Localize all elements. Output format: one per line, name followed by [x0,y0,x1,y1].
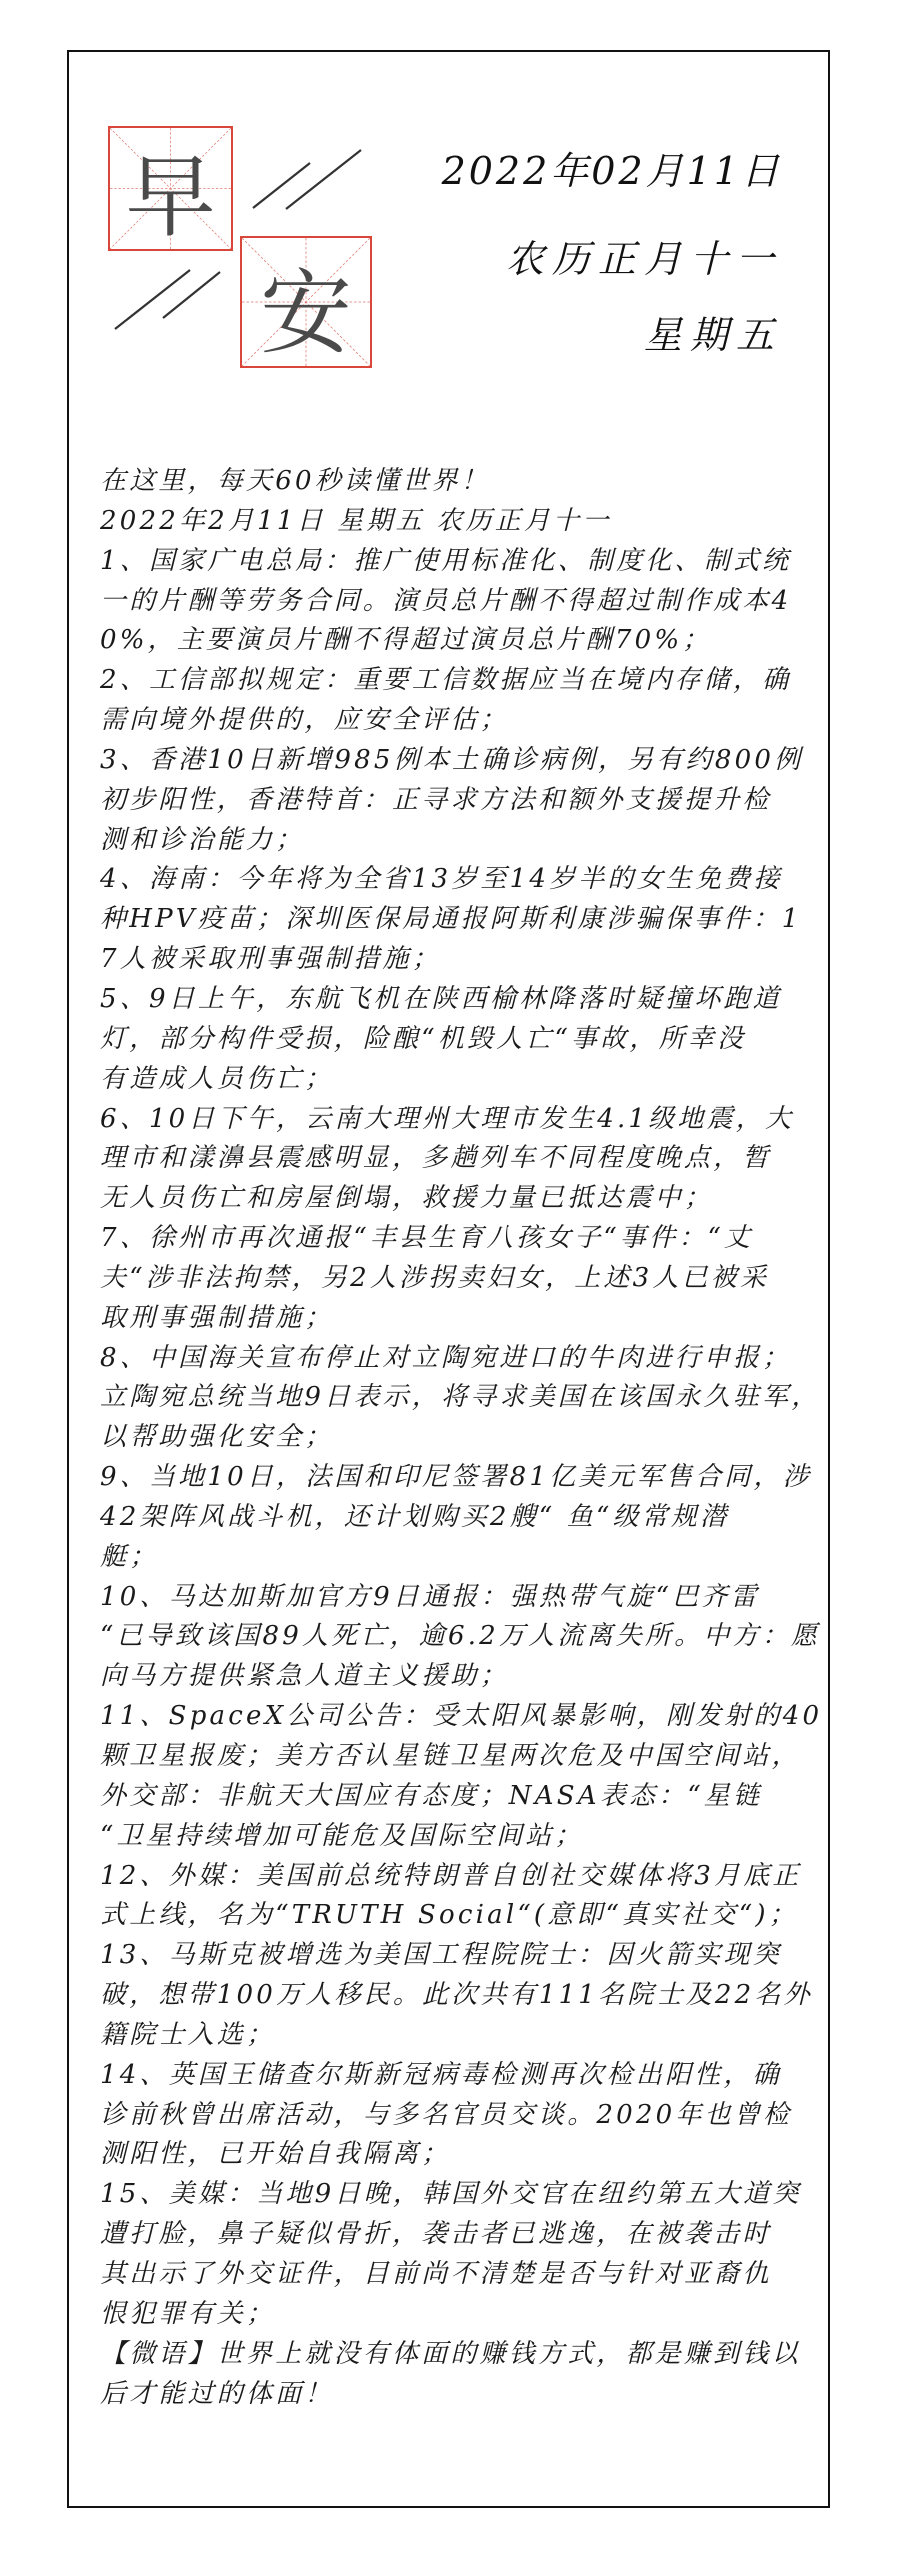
text-line: 9、当地10日，法国和印尼签署81亿美元军售合同，涉 [100,1458,820,1498]
text-line: 12、外媒：美国前总统特朗普自创社交媒体将3月底正 [100,1857,820,1897]
text-line: 灯，部分构件受损，险酿“机毁人亡“事故，所幸没 [100,1020,820,1060]
text-line: “已导致该国89人死亡，逾6.2万人流离失所。中方：愿 [100,1617,820,1657]
lunar-date-text: 农历正月十一 [506,228,782,283]
text-line: 8、中国海关宣布停止对立陶宛进口的牛肉进行申报； [100,1339,820,1379]
text-line: 1、国家广电总局：推广使用标准化、制度化、制式统 [100,542,820,582]
news-body: 在这里，每天60秒读懂世界！2022年2月11日 星期五 农历正月十一1、国家广… [100,462,820,2414]
text-line: 以帮助强化安全； [100,1418,820,1458]
text-line: 0%，主要演员片酬不得超过演员总片酬70%； [100,621,820,661]
text-line: 2022年2月11日 星期五 农历正月十一 [100,502,820,542]
text-line: 3、香港10日新增985例本土确诊病例，另有约800例 [100,741,820,781]
text-line: 5、9日上午，东航飞机在陕西榆林降落时疑撞坏跑道 [100,980,820,1020]
greeting-char: 早 [110,128,231,249]
text-line: 6、10日下午，云南大理州大理市发生4.1级地震，大 [100,1100,820,1140]
text-line: 需向境外提供的，应安全评估； [100,701,820,741]
text-line: 4、海南：今年将为全省13岁至14岁半的女生免费接 [100,860,820,900]
text-line: “卫星持续增加可能危及国际空间站； [100,1817,820,1857]
text-line: 一的片酬等劳务合同。演员总片酬不得超过制作成本4 [100,582,820,622]
text-line: 在这里，每天60秒读懂世界！ [100,462,820,502]
text-line: 11、SpaceX公司公告：受太阳风暴影响，刚发射的40 [100,1697,820,1737]
text-line: 7、徐州市再次通报“丰县生育八孩女子“事件：“丈 [100,1219,820,1259]
text-line: 籍院士入选； [100,2016,820,2056]
text-line: 10、马达加斯加官方9日通报：强热带气旋“巴齐雷 [100,1578,820,1618]
text-line: 式上线，名为“TRUTH Social“(意即“真实社交“)； [100,1896,820,1936]
text-line: 恨犯罪有关； [100,2295,820,2335]
text-line: 外交部：非航天大国应有态度；NASA表态：“星链 [100,1777,820,1817]
text-line: 42架阵风战斗机，还计划购买2艘“ 鱼“级常规潜 [100,1498,820,1538]
text-line: 初步阳性，香港特首：正寻求方法和额外支援提升检 [100,781,820,821]
text-line: 破，想带100万人移民。此次共有111名院士及22名外 [100,1976,820,2016]
text-line: 立陶宛总统当地9日表示，将寻求美国在该国永久驻军， [100,1378,820,1418]
text-line: 颗卫星报废；美方否认星链卫星两次危及中国空间站， [100,1737,820,1777]
text-line: 诊前秋曾出席活动，与多名官员交谈。2020年也曾检 [100,2096,820,2136]
text-line: 13、马斯克被增选为美国工程院院士：因火箭实现突 [100,1936,820,1976]
text-line: 理市和漾濞县震感明显，多趟列车不同程度晚点，暂 [100,1139,820,1179]
text-line: 夫“涉非法拘禁，另2人涉拐卖妇女，上述3人已被采 [100,1259,820,1299]
text-line: 测和诊治能力； [100,821,820,861]
weekday-text: 星期五 [644,304,782,359]
text-line: 14、英国王储查尔斯新冠病毒检测再次检出阳性，确 [100,2056,820,2096]
text-line: 遭打脸，鼻子疑似骨折，袭击者已逃逸，在被袭击时 [100,2215,820,2255]
text-line: 【微语】世界上就没有体面的赚钱方式，都是赚到钱以 [100,2335,820,2375]
text-line: 15、美媒：当地9日晚，韩国外交官在纽约第五大道突 [100,2175,820,2215]
text-line: 种HPV疫苗；深圳医保局通报阿斯利康涉骗保事件：1 [100,900,820,940]
text-line: 向马方提供紧急人道主义援助； [100,1657,820,1697]
greeting-char-box-an: 安 [240,236,372,368]
greeting-char-box-zao: 早 [108,126,233,251]
text-line: 有造成人员伤亡； [100,1060,820,1100]
text-line: 艇； [100,1538,820,1578]
date-text: 2022年02月11日 [442,140,782,195]
text-line: 后才能过的体面！ [100,2375,820,2415]
greeting-char: 安 [242,238,370,366]
text-line: 2、工信部拟规定：重要工信数据应当在境内存储，确 [100,661,820,701]
text-line: 测阳性，已开始自我隔离； [100,2135,820,2175]
text-line: 7人被采取刑事强制措施； [100,940,820,980]
text-line: 其出示了外交证件，目前尚不清楚是否与针对亚裔仇 [100,2255,820,2295]
text-line: 取刑事强制措施； [100,1299,820,1339]
text-line: 无人员伤亡和房屋倒塌，救援力量已抵达震中； [100,1179,820,1219]
